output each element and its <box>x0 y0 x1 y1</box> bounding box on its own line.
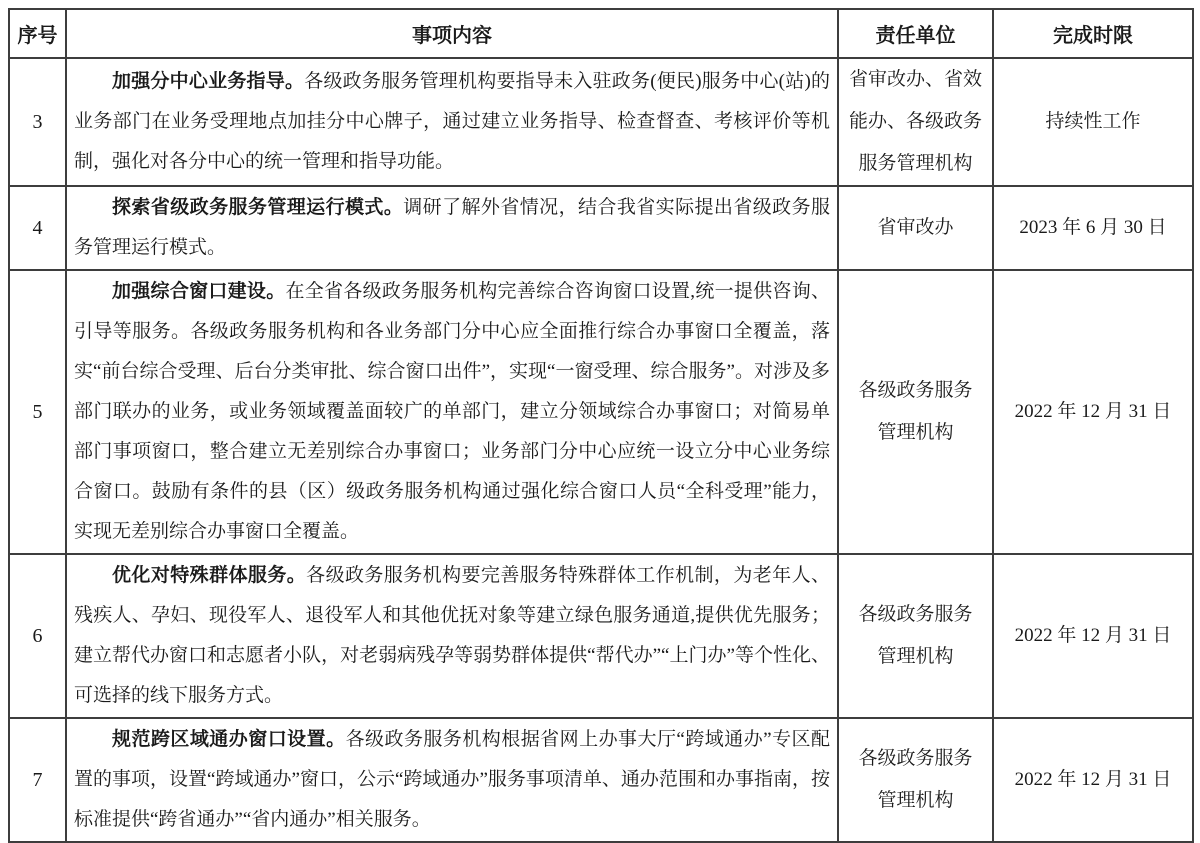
unit-line: 各级政务服务 <box>843 738 988 780</box>
table-row: 6 优化对特殊群体服务。各级政务服务机构要完善服务特殊群体工作机制，为老年人、残… <box>9 554 1193 718</box>
unit-line: 各级政务服务 <box>843 370 988 412</box>
content-paragraph: 优化对特殊群体服务。各级政务服务机构要完善服务特殊群体工作机制，为老年人、残疾人… <box>74 556 830 716</box>
content-lead: 优化对特殊群体服务。 <box>112 565 306 586</box>
unit-line: 管理机构 <box>843 412 988 454</box>
row-number: 4 <box>9 186 66 270</box>
table-row: 7 规范跨区域通办窗口设置。各级政务服务机构根据省网上办事大厅“跨域通办”专区配… <box>9 718 1193 842</box>
row-deadline: 2022 年 12 月 31 日 <box>993 554 1193 718</box>
content-body: 各级政务服务机构要完善服务特殊群体工作机制，为老年人、残疾人、孕妇、现役军人、退… <box>74 565 830 706</box>
row-content: 加强分中心业务指导。各级政务服务管理机构要指导未入驻政务(便民)服务中心(站)的… <box>66 58 838 186</box>
row-deadline: 2022 年 12 月 31 日 <box>993 270 1193 554</box>
content-lead: 加强分中心业务指导。 <box>112 71 304 92</box>
row-unit: 省审改办 <box>838 186 993 270</box>
unit-line: 省审改办、省效 <box>843 59 988 101</box>
row-number: 3 <box>9 58 66 186</box>
row-number: 7 <box>9 718 66 842</box>
row-unit: 各级政务服务 管理机构 <box>838 718 993 842</box>
content-paragraph: 加强分中心业务指导。各级政务服务管理机构要指导未入驻政务(便民)服务中心(站)的… <box>74 62 830 182</box>
unit-line: 省审改办 <box>843 207 988 249</box>
header-cell-unit: 责任单位 <box>838 9 993 58</box>
header-cell-content: 事项内容 <box>66 9 838 58</box>
unit-line: 管理机构 <box>843 636 988 678</box>
row-content: 探索省级政务服务管理运行模式。调研了解外省情况，结合我省实际提出省级政务服务管理… <box>66 186 838 270</box>
unit-line: 各级政务服务 <box>843 594 988 636</box>
content-paragraph: 规范跨区域通办窗口设置。各级政务服务机构根据省网上办事大厅“跨域通办”专区配置的… <box>74 720 830 840</box>
row-deadline: 2022 年 12 月 31 日 <box>993 718 1193 842</box>
row-content: 规范跨区域通办窗口设置。各级政务服务机构根据省网上办事大厅“跨域通办”专区配置的… <box>66 718 838 842</box>
row-number: 5 <box>9 270 66 554</box>
row-deadline: 持续性工作 <box>993 58 1193 186</box>
header-cell-number: 序号 <box>9 9 66 58</box>
unit-line: 能办、各级政务 <box>843 101 988 143</box>
row-deadline: 2023 年 6 月 30 日 <box>993 186 1193 270</box>
unit-line: 服务管理机构 <box>843 143 988 185</box>
content-paragraph: 探索省级政务服务管理运行模式。调研了解外省情况，结合我省实际提出省级政务服务管理… <box>74 188 830 268</box>
content-lead: 规范跨区域通办窗口设置。 <box>112 729 346 750</box>
table-row: 4 探索省级政务服务管理运行模式。调研了解外省情况，结合我省实际提出省级政务服务… <box>9 186 1193 270</box>
row-content: 加强综合窗口建设。在全省各级政务服务机构完善综合咨询窗口设置,统一提供咨询、引导… <box>66 270 838 554</box>
table-row: 3 加强分中心业务指导。各级政务服务管理机构要指导未入驻政务(便民)服务中心(站… <box>9 58 1193 186</box>
row-content: 优化对特殊群体服务。各级政务服务机构要完善服务特殊群体工作机制，为老年人、残疾人… <box>66 554 838 718</box>
content-lead: 探索省级政务服务管理运行模式。 <box>112 197 403 218</box>
header-cell-deadline: 完成时限 <box>993 9 1193 58</box>
table-header-row: 序号 事项内容 责任单位 完成时限 <box>9 9 1193 58</box>
table-row: 5 加强综合窗口建设。在全省各级政务服务机构完善综合咨询窗口设置,统一提供咨询、… <box>9 270 1193 554</box>
content-paragraph: 加强综合窗口建设。在全省各级政务服务机构完善综合咨询窗口设置,统一提供咨询、引导… <box>74 272 830 552</box>
tasks-table: 序号 事项内容 责任单位 完成时限 3 加强分中心业务指导。各级政务服务管理机构… <box>8 8 1194 843</box>
row-unit: 各级政务服务 管理机构 <box>838 554 993 718</box>
content-body: 在全省各级政务服务机构完善综合咨询窗口设置,统一提供咨询、引导等服务。各级政务服… <box>74 281 830 542</box>
row-unit: 各级政务服务 管理机构 <box>838 270 993 554</box>
row-number: 6 <box>9 554 66 718</box>
unit-line: 管理机构 <box>843 780 988 822</box>
content-lead: 加强综合窗口建设。 <box>112 281 286 302</box>
row-unit: 省审改办、省效 能办、各级政务 服务管理机构 <box>838 58 993 186</box>
